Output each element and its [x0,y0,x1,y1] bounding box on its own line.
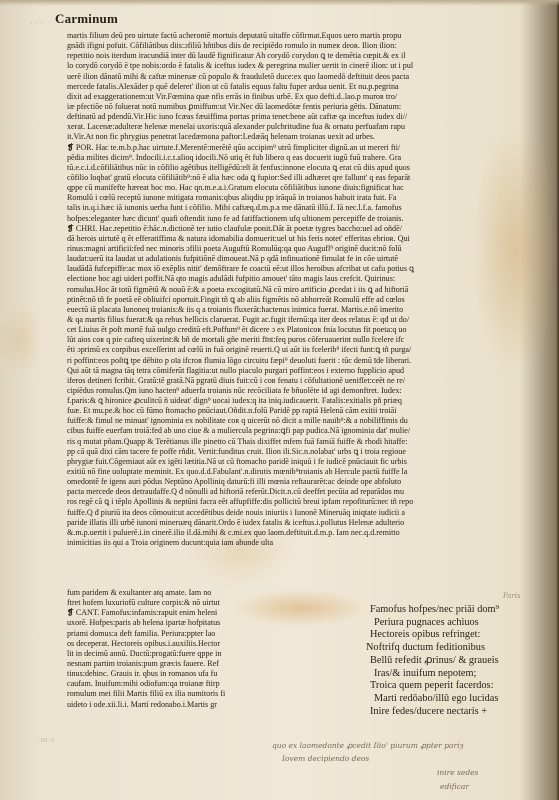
commentary-line: romulus.Hoc āt totū figmētū & nouū ē:& a… [67,285,497,295]
commentary-line: iferos detineri fcribit. Gratū:tē gratā.… [67,376,497,386]
commentary-line: paride illatis illi urbē iunoni mineruæq… [67,518,497,528]
left-column-line: priami domus:a deft familia. Periura:ppt… [67,629,277,639]
commentary-line: omedontē fe igens auri pōdus Neptūno Apo… [67,477,497,487]
commentary-line: repetitio nois iterdum iracundiā inter d… [67,51,497,61]
paragraph-mark-icon: ❡ [67,608,76,617]
commentary-line: ptinēt:nō tñ fe poetā eē obliuifci oport… [67,295,497,305]
poem-verse: Famofus hofpes/nec priāi dom⁹ [370,604,550,617]
commentary-line: xerat. Lacenæ:adulteræ helenæ menelai ux… [67,122,497,132]
commentary-line: ēti ɔprimū ex corpibus exceſſerint ad cœ… [67,345,497,355]
running-head: Carminum [55,11,118,27]
poem-verse: Iras/& inuifum nepotem; [370,668,550,681]
commentary-line: pp cā quā dixi cām tacere fe poffe rñdit… [67,447,497,457]
commentary-line: &.m.p.uertit i puluerē.i.in cinerē.ilio … [67,528,497,538]
commentary-line: martis filium deū pro uirtute factū ache… [67,31,497,41]
commentary-line: talis in.q.i.hæc iā iunonis uerba funt i… [67,203,497,213]
commentary-line: cipiēdus romulus.Qm iuno hacten⁹ aduerfa… [67,386,497,396]
handwritten-note-line-4: edificar [440,782,469,791]
commentary-line: laudādā fufcepiffe:ac mox iō exēplis nit… [67,264,497,274]
commentary-line: dixit ad exaggerationem:ut Vir.Fœmina qu… [67,92,497,102]
commentary-line: ris q mutat pñam.Quapp & Terētianus ille… [67,437,497,447]
paragraph-mark-icon: ❡ [67,143,76,152]
handwritten-note-line-2: Iovem decipiendo deos [282,754,369,763]
commentary-line: laudat:uerū ita laudat ut adulationis fu… [67,254,497,264]
commentary-line: it.Vir.At non fic phrygius penetrat lace… [67,132,497,142]
commentary-line: hofpes:eleganter hæc dicunt' quafi often… [67,214,497,224]
left-column-line: romulum mei filii Martis filiū ex ilia n… [67,689,277,699]
commentary-line: cet Liuius ēt poft mortē fuā uulgo credi… [67,325,497,335]
left-column-line: tinus:dehinc. Grauis ir. qbus in romanos… [67,669,277,679]
left-column-line: ftret hofem luxuriofū culture corpis:& n… [67,598,277,608]
commentary-line: fuæ. Et mu.pe.& hoc cū fūmo ftomacho pnū… [67,406,497,416]
commentary-block: martis filium deū pro uirtute factū ache… [67,31,497,548]
commentary-line: f.paris:& ꝗ hironice ꝓculitcū ñ uideat' … [67,396,497,406]
poem-verse: Marti redōabo/illū ego lucidas [370,693,550,706]
poem-verse: Troica quem peperit facerdos: [370,680,550,693]
handwritten-note-line-1: quo ex laomedonte ꝓcedit Ilio' piurum ꝓp… [272,741,463,750]
left-column-line: nesnam partim troianis:pum græcis fauere… [67,659,277,669]
commentary-line: uerē ilion dānatū mihi & caftæ mineruæ c… [67,72,497,82]
left-column-line: caufam. Inuifum:mihi odiofum:qa troianæ … [67,679,277,689]
commentary-left-column: fum paridem & exultanter atq amate. Iam … [67,588,277,710]
handwritten-note-line-3: inire sedes [437,768,478,777]
marginal-note-paris: Paris [503,592,521,600]
commentary-line: ri poffint:eos poſtꝗ tpe dēbito p oīa if… [67,356,497,366]
commentary-line: electione hoc agi uideri poffit.Nā qto m… [67,274,497,284]
left-column-line: os deceperat. Hectoreis opibus.i.auxilii… [67,639,277,649]
commentary-line: ❡ POR. Hac te.m.b.p.hac uirtute.f.Merent… [67,143,497,153]
bleed-through-text: ·ııı ·ı [38,735,54,744]
poem-verses: Famofus hofpes/nec priāi dom⁹Periura pug… [370,604,550,718]
left-column-line: uxorē. Hofpes:paris ab helena ipartæ hof… [67,618,277,628]
commentary-line: phrygiæ fuit.Cōgemiaut aūt ex igēti læti… [67,457,497,467]
poem-verse: Periura pugnaces achiuos [370,617,550,630]
left-column-line: lit in decimū annū. Ductū:progatū:fuere … [67,649,277,659]
commentary-line: cōfilio loqbat' gratū elocuta cōfiliātib… [67,173,497,183]
poem-verse: Bellū refedit ꝓrinus/ & graueis [370,655,550,668]
commentary-line: ❡ CHRI. Hac.repetitio ē:hāc.n.dictionē t… [67,224,497,234]
commentary-line: fuiffe:& fimul ne minuat' ignominia ex n… [67,416,497,426]
commentary-line: euectū iā placata Iunoneq troianis:& iis… [67,305,497,315]
commentary-line: inimicitias iis qui a Troia originem duc… [67,538,497,548]
left-column-line: ❡ CANT. Famofus:infamis:rapuit enim hele… [67,608,277,618]
commentary-line: gnādi ifigni pofuit. Cōfiliātibus diis:ɔ… [67,41,497,51]
commentary-line: tū.e.c.i.d.cōfiliātibus nūc in cōfilio a… [67,163,497,173]
paragraph-mark-icon: ❡ [67,224,76,233]
commentary-line: pēdia milites dicim⁹. Indocili.i.c.t.ali… [67,153,497,163]
left-column-line: uideto i ode.xii.li.i. Marti redonabo.i.… [67,700,277,710]
commentary-line: deftinatū ad pdendū.Vir.Hic iuno fcæas f… [67,112,497,122]
commentary-line: exitiū nō fine uoluptate meminit. Ex quo… [67,467,497,477]
commentary-line: Qui aūt tā magna tāq tetra cōmiferūt fla… [67,366,497,376]
commentary-line: lo corydō corydō ē tpe nobis:ordo ē fata… [67,61,497,71]
commentary-line: dā herois uirtutē q ēt efferatiffima & n… [67,234,497,244]
commentary-line: ros regē cā ꝗ i tēplo Apollinis & neptūn… [67,497,497,507]
commentary-line: fuiffe.Q đ piuriū ita deos cōmouit:ut ac… [67,508,497,518]
commentary-line: Romulū i cœlū receptū iunone mitigata ro… [67,193,497,203]
poem-verse: Noftrifq ductum feditionibus [366,642,550,655]
commentary-line: lūt aios coʀ q pie cafteq uixerint:& bñ … [67,335,497,345]
commentary-line: cibus fuiffe euerfam troiā:fed ab uno ci… [67,426,497,436]
left-column-line: fum paridem & exultanter atq amate. Iam … [67,588,277,598]
commentary-line: iæ pfectiōe nō foluerat notū numibus ꝑmi… [67,102,497,112]
manuscript-page: · · · Carminum martis filium deū pro uir… [0,0,559,800]
commentary-line: rinus:magni artificii:fed nec minoris ɔf… [67,244,497,254]
commentary-line: qppe cū manifefte hæreat hoc mo. Hac qn.… [67,183,497,193]
poem-verse: Hectoreis opibus refringet: [370,629,550,642]
page-top-shadow [0,0,559,6]
commentary-line: & qa martis filius fuerat:& qa rebus bel… [67,315,497,325]
commentary-line: pacta mercede deos detraudaffe.Q đ nōnul… [67,487,497,497]
poem-verse: Inire fedes/ducere nectaris + [370,706,550,719]
commentary-line: mercede fatalis.Alexāder p quē deleret' … [67,82,497,92]
bleed-through-marks: · · · [30,18,44,28]
